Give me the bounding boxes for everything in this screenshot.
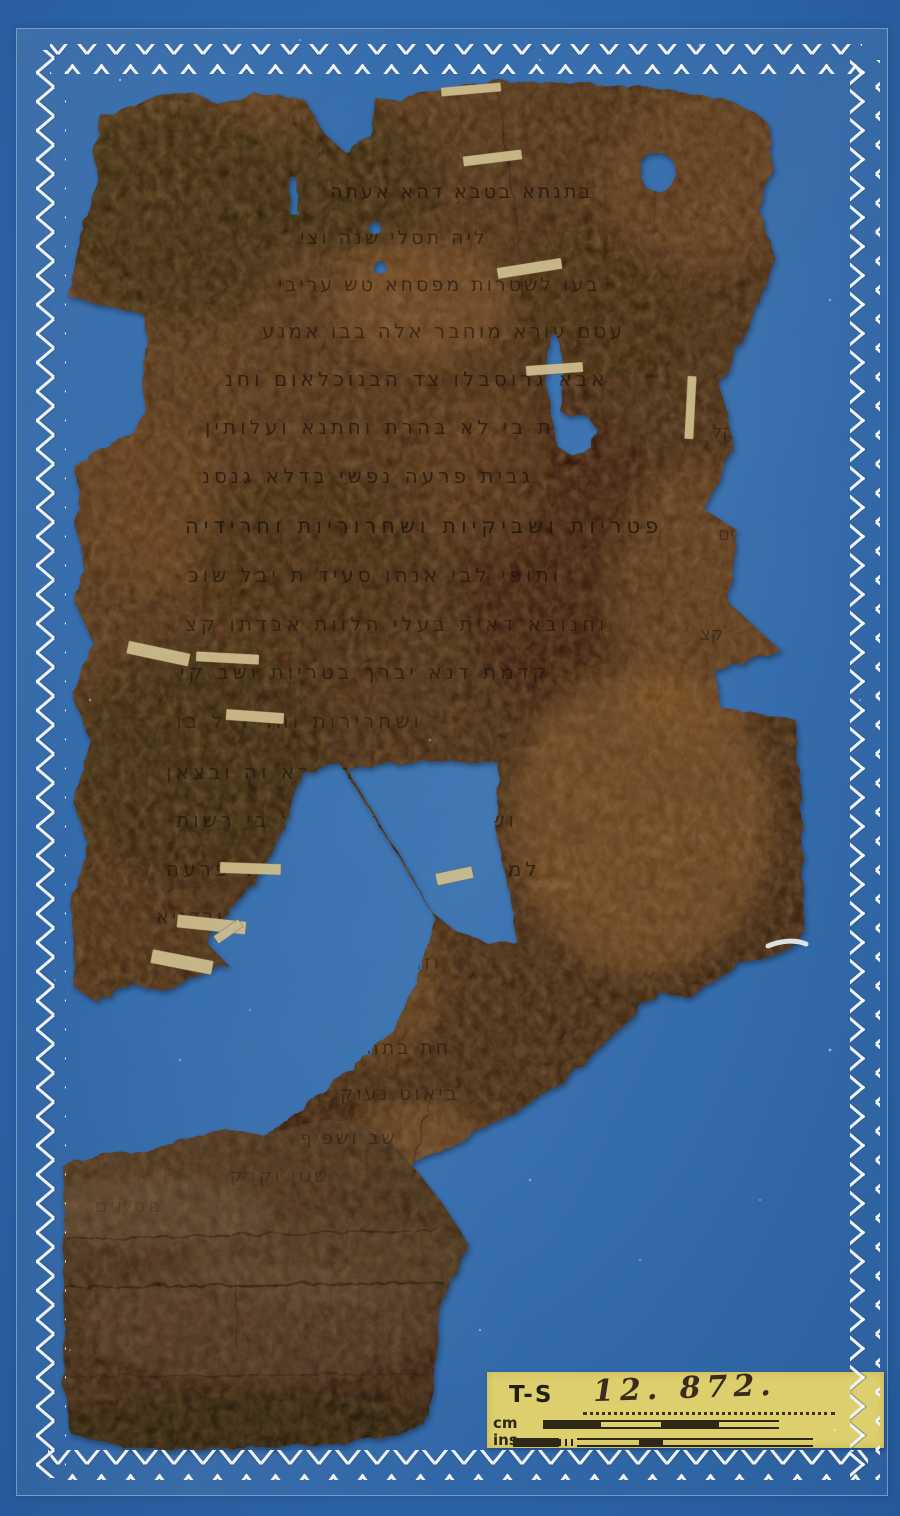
scale-segment	[543, 1420, 601, 1429]
classmark-prefix: T-S	[509, 1382, 553, 1408]
scale-segment	[577, 1438, 639, 1447]
scale-segment	[601, 1420, 661, 1429]
plastic-sleeve	[16, 28, 888, 1496]
scale-unit-cm: cm	[493, 1414, 518, 1432]
scale-segment	[719, 1420, 779, 1429]
scale-segment	[559, 1439, 577, 1446]
photograph-canvas: { "label": { "prefix": "T-S", "number": …	[0, 0, 900, 1516]
scale-segment	[663, 1438, 813, 1447]
scale-segment	[513, 1438, 559, 1447]
scale-segment	[661, 1420, 719, 1429]
scale-segment	[639, 1438, 663, 1447]
cm-scale-bar	[543, 1420, 779, 1429]
classmark-label: T-S 12. 872. cm ins	[487, 1372, 884, 1448]
ins-scale-bar	[513, 1438, 813, 1447]
